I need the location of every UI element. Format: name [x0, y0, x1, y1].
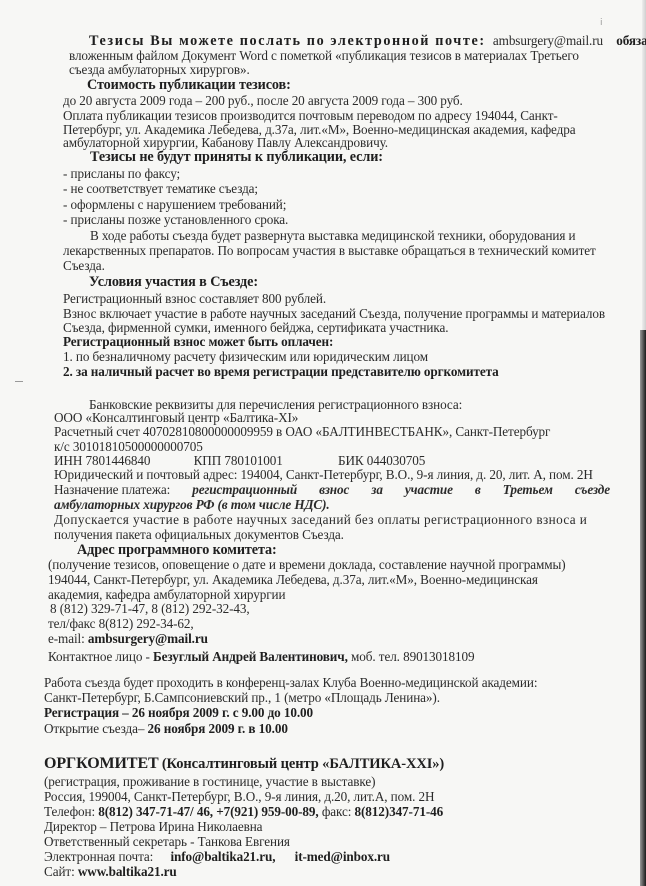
- purpose-label: Назначение платежа:: [54, 482, 170, 497]
- program-email-link[interactable]: ambsurgery@mail.ru: [88, 631, 208, 646]
- bank-address: Юридический и почтовый адрес: 194004, Са…: [54, 467, 593, 482]
- bank-corr-account: к/с 30101810500000000705: [54, 439, 203, 454]
- pay-option: 2. за наличный расчет во время регистрац…: [63, 364, 499, 379]
- org-site-line: Сайт: www.baltika21.ru: [44, 864, 177, 879]
- opening-value: 26 ноября 2009 г. в 10.00: [148, 721, 288, 736]
- purpose-word: Третьем: [503, 482, 553, 497]
- org-email-line: Электронная почта: info@baltika21.ru, it…: [44, 849, 390, 864]
- program-line3: академия, кафедра амбулаторной хирургии: [48, 587, 285, 602]
- venue-registration: Регистрация – 26 ноября 2009 г. с 9.00 д…: [44, 705, 313, 720]
- venue-line2: Санкт-Петербург, Б.Сампсониевский пр., 1…: [44, 690, 440, 705]
- abstracts-line2: вложенным файлом Документ Word с пометко…: [69, 48, 579, 63]
- program-committee-heading: Адрес программного комитета:: [77, 543, 277, 558]
- abstracts-email-link[interactable]: ambsurgery@mail.ru: [493, 33, 603, 48]
- purpose-word: участие: [405, 482, 453, 497]
- org-director: Директор – Петрова Ирина Николаевна: [44, 819, 262, 834]
- opening-label: Открытие съезда–: [44, 721, 144, 736]
- reject-item: - присланы позже установленного срока.: [63, 212, 288, 227]
- program-line2: 194044, Санкт-Петербург, ул. Академика Л…: [48, 572, 538, 587]
- intro-bold: Тезисы Вы можете послать по электронной …: [89, 33, 486, 49]
- venue-line1: Работа съезда будет проходить в конферен…: [44, 675, 537, 690]
- phone-label: Телефон:: [44, 804, 95, 819]
- exhibition-line1: В ходе работы съезда будет развернута вы…: [90, 228, 575, 243]
- allowed-line2: получения пакета официальных документов …: [54, 527, 344, 542]
- bank-company: ООО «Консалтинговый центр «Балтика-XI»: [54, 410, 298, 425]
- fax-label: факс:: [322, 804, 352, 819]
- email-label: Электронная почта:: [44, 849, 153, 864]
- org-site-link[interactable]: www.baltika21.ru: [78, 864, 177, 879]
- cost-line: до 20 августа 2009 года – 200 руб., посл…: [63, 93, 463, 108]
- allowed-line1: Допускается участие в работе научных зас…: [54, 512, 587, 527]
- bank-bik: БИК 044030705: [338, 453, 425, 468]
- purpose-word: регистрационный: [192, 482, 297, 497]
- abstracts-line3: съезда амбулаторных хирургов».: [69, 62, 250, 77]
- purpose-word: в: [475, 482, 481, 497]
- org-phone-line: Телефон: 8(812) 347-71-47/ 46, +7(921) 9…: [44, 804, 443, 819]
- bank-purpose-line1: Назначение платежа: регистрационный взно…: [54, 482, 610, 497]
- purpose-word: съезде: [575, 482, 610, 497]
- program-phones: 8 (812) 329-71-47, 8 (812) 292-32-43,: [50, 601, 250, 616]
- purpose-word: взнос: [319, 482, 349, 497]
- reject-item: - не соответствует тематике съезда;: [63, 181, 258, 196]
- contact-name: Безуглый Андрей Валентинович,: [153, 649, 348, 664]
- contact-line: Контактное лицо - Безуглый Андрей Валент…: [48, 649, 475, 664]
- org-secretary: Ответственный секретарь - Танкова Евгени…: [44, 834, 290, 849]
- org-address: Россия, 199004, Санкт-Петербург, В.О., 9…: [44, 789, 434, 804]
- margin-mark: [15, 381, 23, 382]
- reject-item: - присланы по факсу;: [63, 166, 180, 181]
- purpose-word: за: [371, 482, 383, 497]
- org-title: ОРГКОМИТЕТ: [44, 755, 159, 772]
- payment-line1: Оплата публикации тезисов производится п…: [63, 108, 558, 123]
- exhibition-line3: Съезда.: [63, 258, 105, 273]
- scan-edge: [642, 0, 646, 330]
- fee-line: Регистрационный взнос составляет 800 руб…: [63, 291, 326, 306]
- bank-kpp: КПП 780101001: [194, 453, 283, 468]
- pay-option: 1. по безналичному расчету физическим ил…: [63, 349, 428, 364]
- org-email-link[interactable]: info@baltika21.ru,: [170, 849, 275, 864]
- reject-heading: Тезисы не будут приняты к публикации, ес…: [90, 150, 383, 165]
- program-email-line: e-mail: ambsurgery@mail.ru: [48, 631, 208, 646]
- program-fax: тел/факс 8(812) 292-34-62,: [48, 616, 194, 631]
- payment-line3: амбулаторной хирургии, Кабанову Павлу Ал…: [63, 135, 388, 150]
- abstracts-intro: Тезисы Вы можете послать по электронной …: [89, 33, 631, 49]
- intro-rest: обязательно: [616, 33, 646, 48]
- scanned-document-page: i Тезисы Вы можете послать по электронно…: [0, 0, 646, 886]
- contact-label: Контактное лицо -: [48, 649, 150, 664]
- exhibition-line2: лекарственных препаратов. По вопросам уч…: [63, 243, 596, 258]
- participation-heading: Условия участия в Съезде:: [89, 275, 258, 290]
- cost-heading: Стоимость публикации тезисов:: [87, 78, 291, 93]
- pay-heading: Регистрационный взнос может быть оплачен…: [63, 334, 333, 349]
- scan-edge-dark: [640, 330, 646, 886]
- reject-item: - оформлены с нарушением требований;: [63, 197, 286, 212]
- bank-ids: ИНН 7801446840 КПП 780101001 БИК 0440307…: [54, 453, 425, 468]
- bank-purpose-line2: амбулаторных хирургов РФ (в том числе НД…: [54, 497, 330, 512]
- program-line1: (получение тезисов, оповещение о дате и …: [48, 557, 566, 572]
- bank-account: Расчетный счет 40702810800000009959 в ОА…: [54, 424, 550, 439]
- org-line1: (регистрация, проживание в гостинице, уч…: [44, 774, 375, 789]
- org-subtitle: (Консалтинговый центр «БАЛТИКА-XXI»): [162, 756, 444, 772]
- includes-line1: Взнос включает участие в работе научных …: [63, 306, 605, 321]
- org-email-link-2[interactable]: it-med@inbox.ru: [295, 849, 390, 864]
- org-committee-heading: ОРГКОМИТЕТ (Консалтинговый центр «БАЛТИК…: [44, 756, 444, 772]
- site-label: Сайт:: [44, 864, 75, 879]
- bank-inn: ИНН 7801446840: [54, 453, 150, 468]
- includes-line2: Съезда, фирменной сумки, именного бейджа…: [63, 320, 448, 335]
- email-label: e-mail:: [48, 631, 85, 646]
- venue-opening: Открытие съезда– 26 ноября 2009 г. в 10.…: [44, 721, 288, 736]
- fax-value: 8(812)347-71-46: [355, 804, 444, 819]
- pay-option-text: 1. по безналичному расчету физическим ил…: [63, 349, 428, 364]
- corner-mark: i: [600, 18, 603, 28]
- contact-phone: моб. тел. 89013018109: [351, 649, 474, 664]
- phone-values: 8(812) 347-71-47/ 46, +7(921) 959-00-89,: [98, 804, 318, 819]
